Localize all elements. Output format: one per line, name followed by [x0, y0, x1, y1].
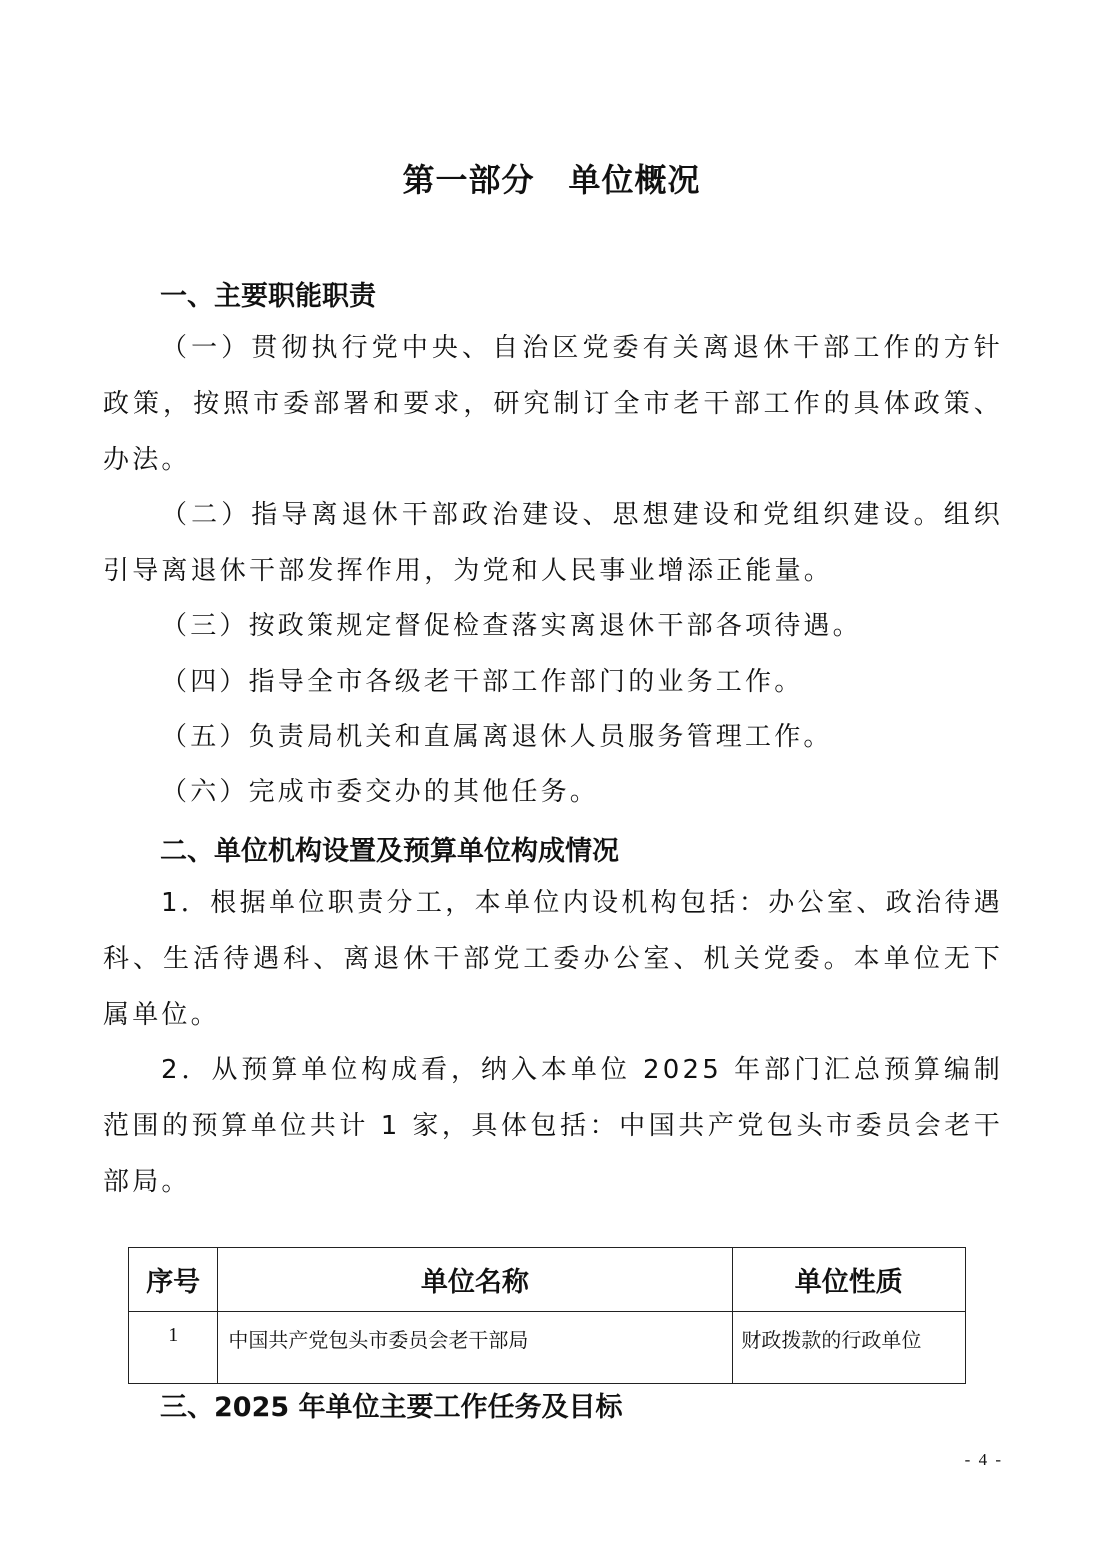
duty-item-4: （四）指导全市各级老干部工作部门的业务工作。: [103, 654, 1003, 710]
section-heading-duties: 一、主要职能职责: [160, 274, 376, 313]
cell-unit-name: 中国共产党包头市委员会老干部局: [218, 1312, 733, 1384]
header-unit-nature: 单位性质: [733, 1248, 966, 1312]
structure-item-2: 2．从预算单位构成看，纳入本单位 2025 年部门汇总预算编制范围的预算单位共计…: [103, 1042, 1003, 1210]
duty-item-5: （五）负责局机关和直属离退休人员服务管理工作。: [103, 709, 1003, 765]
section-heading-structure: 二、单位机构设置及预算单位构成情况: [160, 829, 619, 868]
section-heading-tasks: 三、2025 年单位主要工作任务及目标: [160, 1385, 623, 1424]
structure-item-1: 1．根据单位职责分工，本单位内设机构包括：办公室、政治待遇科、生活待遇科、离退休…: [103, 875, 1003, 1043]
document-page: 第一部分单位概况 一、主要职能职责 （一）贯彻执行党中央、自治区党委有关离退休干…: [0, 0, 1103, 1559]
table-header-row: 序号 单位名称 单位性质: [129, 1248, 966, 1312]
page-title: 第一部分单位概况: [0, 155, 1103, 201]
duty-item-3: （三）按政策规定督促检查落实离退休干部各项待遇。: [103, 598, 1003, 654]
duty-item-6: （六）完成市委交办的其他任务。: [103, 764, 1003, 820]
table-row: 1 中国共产党包头市委员会老干部局 财政拨款的行政单位: [129, 1312, 966, 1384]
header-seq: 序号: [129, 1248, 218, 1312]
duty-item-1: （一）贯彻执行党中央、自治区党委有关离退休干部工作的方针政策，按照市委部署和要求…: [103, 320, 1003, 488]
page-number: - 4 -: [965, 1450, 1003, 1470]
title-part: 第一部分: [402, 161, 534, 199]
budget-units-table: 序号 单位名称 单位性质 1 中国共产党包头市委员会老干部局 财政拨款的行政单位: [128, 1247, 966, 1384]
header-unit-name: 单位名称: [218, 1248, 733, 1312]
title-name: 单位概况: [569, 161, 701, 199]
duty-item-2: （二）指导离退休干部政治建设、思想建设和党组织建设。组织引导离退休干部发挥作用，…: [103, 487, 1003, 599]
cell-unit-nature: 财政拨款的行政单位: [733, 1312, 966, 1384]
cell-seq: 1: [129, 1312, 218, 1384]
